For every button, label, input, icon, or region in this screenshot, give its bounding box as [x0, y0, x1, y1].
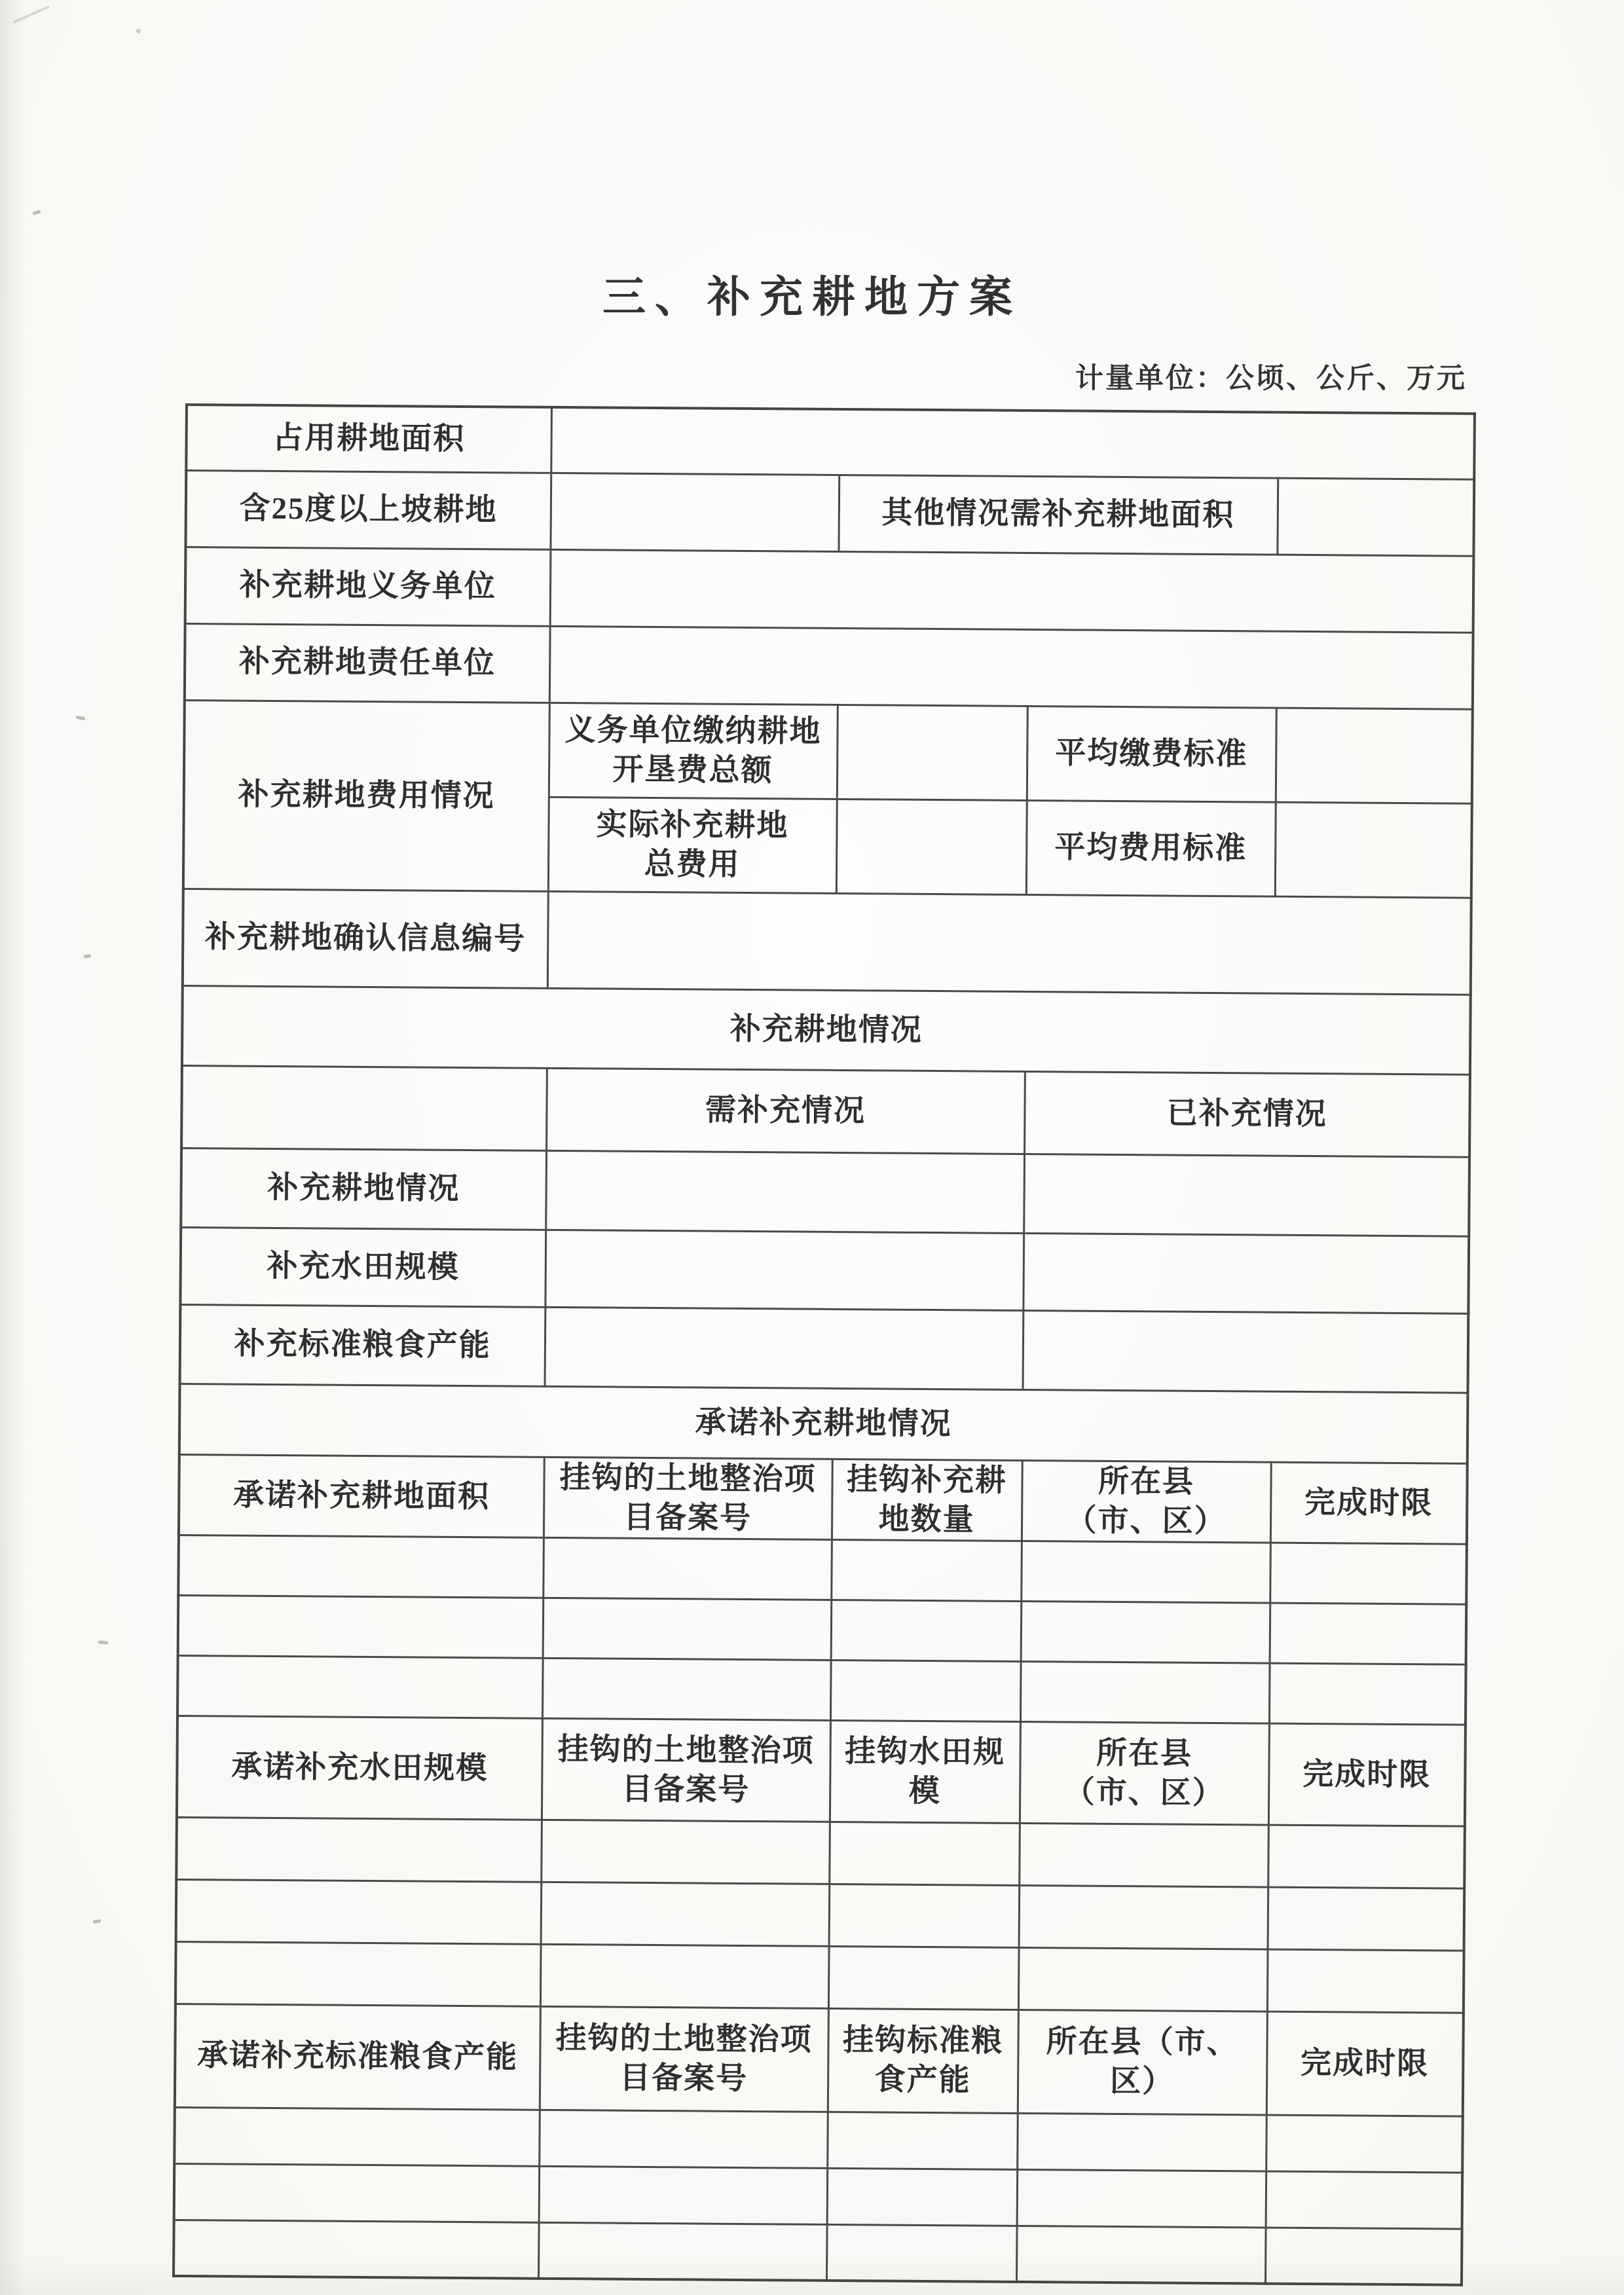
standard-grain-capacity-done-cell: [1023, 1310, 1469, 1393]
reclamation-fee-total-value-cell: [837, 705, 1027, 800]
blank-cell: [1018, 1947, 1268, 2011]
fee-situation-label: 补充耕地费用情况: [183, 700, 549, 891]
average-payment-standard-label: 平均缴费标准: [1027, 706, 1276, 802]
need-supplement-header: 需补充情况: [546, 1068, 1025, 1154]
blank-cell: [539, 2110, 828, 2168]
obligation-unit-label: 补充耕地义务单位: [185, 547, 551, 626]
promise-grain-entry-row: [174, 2107, 1463, 2173]
blank-cell: [178, 1535, 544, 1598]
blank-cell: [1021, 1601, 1270, 1663]
actual-total-cost-value-cell: [836, 799, 1027, 894]
unit-of-measure-note: 计量单位：公顷、公斤、万元: [1075, 356, 1467, 396]
blank-cell: [176, 1817, 542, 1882]
promise-section-title: 承诺补充耕地情况: [179, 1384, 1468, 1463]
scan-artifact: [84, 954, 92, 958]
supplement-situation-done-cell: [1024, 1154, 1469, 1236]
promise-area-col1-header: 承诺补充耕地面积: [179, 1454, 544, 1537]
blank-cell: [543, 1537, 832, 1600]
promise-grain-entry-row: [174, 2163, 1463, 2229]
page-title: 三、补充耕地方案: [0, 262, 1624, 324]
blank-cell: [827, 2168, 1018, 2226]
promise-paddy-col1-header: 承诺补充水田规模: [177, 1716, 542, 1820]
blank-cell: [543, 1598, 832, 1660]
scan-artifact: [98, 1640, 108, 1645]
standard-grain-capacity-need-cell: [545, 1307, 1024, 1389]
blank-cell: [829, 1822, 1020, 1885]
confirmation-info-number-value-cell: [547, 891, 1471, 995]
already-supplemented-header: 已补充情况: [1024, 1071, 1470, 1157]
supplement-situation-need-cell: [545, 1150, 1024, 1233]
blank-cell: [1268, 1887, 1465, 1951]
supplement-section-title: 补充耕地情况: [182, 985, 1471, 1074]
row-supplement-column-headers: 需补充情况 已补充情况: [181, 1065, 1470, 1157]
blank-cell: [181, 1065, 547, 1150]
blank-cell: [175, 1941, 541, 2006]
other-need-supplement-label: 其他情况需补充耕地面积: [838, 475, 1278, 555]
scan-artifact: [76, 716, 86, 721]
confirmation-info-number-label: 补充耕地确认信息编号: [183, 889, 548, 988]
supplement-situation-label: 补充耕地情况: [181, 1148, 546, 1230]
blank-cell: [1017, 2113, 1266, 2171]
blank-cell: [1266, 2171, 1463, 2229]
promise-paddy-col3-header: 挂钩水田规 模: [830, 1720, 1020, 1823]
blank-cell: [1267, 1949, 1464, 2013]
blank-cell: [1021, 1541, 1270, 1603]
blank-cell: [176, 1879, 542, 1944]
promise-area-col2-header: 挂钩的土地整治项 目备案号: [544, 1457, 832, 1539]
obligation-unit-value-cell: [550, 549, 1474, 633]
reclamation-fee-total-label: 义务单位缴纳耕地 开垦费总额: [549, 703, 838, 799]
paddy-field-scale-done-cell: [1023, 1233, 1469, 1313]
blank-cell: [177, 1655, 543, 1718]
blank-cell: [1019, 1823, 1268, 1887]
actual-total-cost-label: 实际补充耕地 总费用: [548, 797, 837, 893]
promise-area-col5-header: 完成时限: [1270, 1462, 1467, 1544]
blank-cell: [539, 2166, 828, 2224]
promise-paddy-entry-row: [175, 1941, 1464, 2013]
promise-area-entry-row: [178, 1535, 1467, 1604]
other-need-supplement-value-cell: [1277, 478, 1474, 556]
supplementary-cultivated-land-form: 占用耕地面积 含25度以上坡耕地 其他情况需补充耕地面积 补充耕地义务单位 补充…: [172, 403, 1476, 2286]
blank-cell: [174, 2107, 540, 2166]
paddy-field-scale-need-cell: [545, 1230, 1024, 1310]
blank-cell: [541, 1882, 830, 1946]
blank-cell: [542, 1658, 831, 1720]
promise-area-entry-row: [178, 1595, 1467, 1664]
blank-cell: [830, 1660, 1021, 1721]
promise-grain-col4-header: 所在县（市、 区）: [1018, 2010, 1267, 2115]
promise-paddy-entry-row: [176, 1879, 1465, 1951]
promise-grain-col2-header: 挂钩的土地整治项 目备案号: [540, 2006, 828, 2112]
blank-cell: [828, 1946, 1019, 2010]
blank-cell: [174, 2220, 539, 2279]
row-promise-paddy-header: 承诺补充水田规模 挂钩的土地整治项 目备案号 挂钩水田规 模 所在县 （市、区）…: [177, 1716, 1466, 1826]
blank-cell: [1020, 1661, 1270, 1723]
blank-cell: [1268, 1825, 1465, 1888]
responsibility-unit-label: 补充耕地责任单位: [185, 623, 550, 703]
row-obligation-unit: 补充耕地义务单位: [185, 547, 1474, 633]
average-payment-standard-value-cell: [1276, 708, 1473, 803]
promise-grain-col1-header: 承诺补充标准粮食产能: [175, 2004, 540, 2110]
blank-cell: [831, 1539, 1022, 1601]
blank-cell: [1016, 2226, 1266, 2284]
scan-artifact: [136, 29, 141, 33]
promise-paddy-entry-row: [176, 1817, 1465, 1888]
promise-grain-col5-header: 完成时限: [1266, 2011, 1464, 2116]
blank-cell: [1017, 2169, 1266, 2228]
blank-cell: [1265, 2228, 1462, 2285]
slope-over-25-label: 含25度以上坡耕地: [185, 470, 551, 549]
average-cost-standard-value-cell: [1275, 802, 1472, 898]
promise-paddy-col5-header: 完成时限: [1268, 1723, 1466, 1826]
paddy-field-scale-label: 补充水田规模: [180, 1227, 545, 1307]
row-supplement-section-title: 补充耕地情况: [182, 985, 1471, 1074]
blank-cell: [1019, 1885, 1268, 1949]
average-cost-standard-label: 平均费用标准: [1026, 800, 1276, 896]
row-slope-over-25: 含25度以上坡耕地 其他情况需补充耕地面积: [185, 470, 1474, 556]
row-confirmation-info-number: 补充耕地确认信息编号: [183, 889, 1471, 995]
promise-grain-entry-row: [174, 2220, 1462, 2285]
standard-grain-capacity-label: 补充标准粮食产能: [180, 1304, 545, 1386]
row-promise-area-header: 承诺补充耕地面积 挂钩的土地整治项 目备案号 挂钩补充耕 地数量 所在县 （市、…: [179, 1454, 1467, 1544]
blank-cell: [174, 2163, 540, 2222]
row-paddy-field-scale: 补充水田规模: [180, 1227, 1469, 1313]
occupied-area-label: 占用耕地面积: [186, 405, 551, 473]
scan-artifact: [93, 1919, 101, 1924]
promise-paddy-col2-header: 挂钩的土地整治项 目备案号: [542, 1718, 830, 1822]
blank-cell: [827, 2112, 1018, 2169]
blank-cell: [1266, 2115, 1463, 2173]
promise-area-entry-row: [177, 1655, 1466, 1725]
blank-cell: [1270, 1603, 1467, 1664]
promise-grain-col3-header: 挂钩标准粮 食产能: [828, 2008, 1018, 2113]
blank-cell: [1270, 1543, 1467, 1604]
blank-cell: [538, 2222, 827, 2281]
blank-cell: [540, 1944, 829, 2008]
scan-artifact: [13, 5, 50, 24]
blank-cell: [178, 1595, 544, 1658]
blank-cell: [831, 1600, 1022, 1661]
blank-cell: [1269, 1663, 1466, 1725]
row-responsibility-unit: 补充耕地责任单位: [185, 623, 1473, 709]
row-standard-grain-capacity: 补充标准粮食产能: [180, 1304, 1469, 1393]
occupied-area-value-cell: [551, 407, 1475, 479]
promise-paddy-col4-header: 所在县 （市、区）: [1020, 1721, 1269, 1825]
row-promise-grain-header: 承诺补充标准粮食产能 挂钩的土地整治项 目备案号 挂钩标准粮 食产能 所在县（市…: [175, 2004, 1464, 2116]
row-promise-section-title: 承诺补充耕地情况: [179, 1384, 1468, 1463]
row-occupied-area: 占用耕地面积: [186, 405, 1475, 479]
promise-area-col4-header: 所在县 （市、区）: [1022, 1460, 1271, 1543]
row-fee-reclamation-total: 补充耕地费用情况 义务单位缴纳耕地 开垦费总额 平均缴费标准: [184, 700, 1473, 803]
slope-over-25-value-cell: [550, 473, 839, 551]
scan-artifact: [33, 210, 41, 215]
blank-cell: [541, 1820, 830, 1884]
row-supplement-situation: 补充耕地情况: [181, 1148, 1469, 1236]
responsibility-unit-value-cell: [549, 626, 1473, 709]
promise-area-col3-header: 挂钩补充耕 地数量: [832, 1459, 1022, 1541]
blank-cell: [826, 2224, 1017, 2282]
blank-cell: [829, 1884, 1020, 1947]
